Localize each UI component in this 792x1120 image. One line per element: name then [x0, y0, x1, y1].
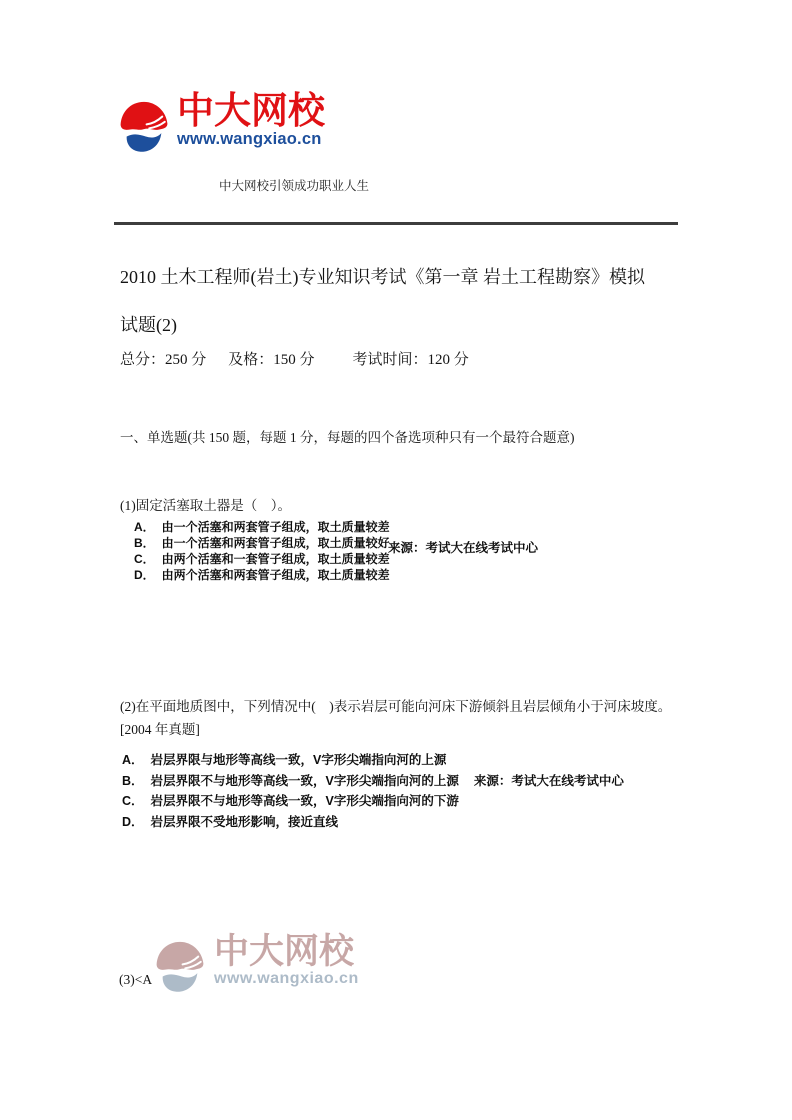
score-time: 考试时间：120 分: [353, 348, 469, 369]
section-heading: 一、单选题(共 150 题，每题 1 分，每题的四个备选项种只有一个最符合题意): [120, 426, 575, 446]
option-a-text: 由一个活塞和两套管子组成，取土质量较差: [162, 519, 390, 535]
option-b-label: B．: [134, 535, 155, 551]
option-a-label: A．: [122, 750, 144, 771]
question-2-text: (2)在平面地质图中，下列情况中( )表示岩层可能向河床下游倾斜且岩层倾角小于河…: [120, 695, 671, 718]
question-2: (2)在平面地质图中，下列情况中( )表示岩层可能向河床下游倾斜且岩层倾角小于河…: [120, 695, 671, 832]
wangxiao-emblem-watermark-icon: [154, 938, 206, 996]
option-b-text: 由一个活塞和两套管子组成，取土质量较好: [162, 535, 390, 551]
brand-tagline: 中大网校引领成功职业人生: [219, 176, 369, 194]
watermark-logo: 中大网校 www.wangxiao.cn: [154, 933, 359, 996]
exam-title-line1: 2010 土木工程师(岩土)专业知识考试《第一章 岩土工程勘察》模拟: [120, 253, 720, 301]
brand-url: www.wangxiao.cn: [177, 130, 325, 148]
option-a: A． 由一个活塞和两套管子组成，取土质量较差: [134, 519, 390, 535]
question-1: (1)固定活塞取土器是（ ）。 A． 由一个活塞和两套管子组成，取土质量较差 B…: [120, 494, 390, 583]
option-c-label: C．: [122, 791, 144, 812]
option-c: C． 岩层界限不与地形等高线一致，V字形尖端指向河的下游: [122, 791, 671, 812]
option-d-label: D．: [122, 812, 144, 833]
header-divider: [114, 222, 678, 225]
exam-title-line2: 试题(2): [120, 301, 720, 349]
question-1-source: 来源：考试大在线考试中心: [388, 538, 538, 556]
exam-title: 2010 土木工程师(岩土)专业知识考试《第一章 岩土工程勘察》模拟 试题(2): [120, 253, 720, 349]
brand-name: 中大网校: [177, 92, 325, 130]
document-page: 中大网校 www.wangxiao.cn 中大网校引领成功职业人生 2010 土…: [0, 0, 792, 1120]
option-b: B． 由一个活塞和两套管子组成，取土质量较好: [134, 535, 390, 551]
option-d-text: 岩层界限不受地形影响，接近直线: [151, 812, 339, 833]
option-d-label: D．: [134, 567, 155, 583]
question-3-start: (3)<A: [119, 972, 152, 988]
score-line: 总分：250 分 及格：150 分 考试时间：120 分: [120, 348, 469, 369]
score-total: 总分：250 分: [120, 348, 206, 369]
option-a: A． 岩层界限与地形等高线一致，V字形尖端指向河的上源: [122, 750, 671, 771]
option-c: C． 由两个活塞和一套管子组成，取土质量较差: [134, 551, 390, 567]
brand-logo: 中大网校 www.wangxiao.cn: [118, 92, 325, 156]
option-b: B． 岩层界限不与地形等高线一致，V字形尖端指向河的上源 来源：考试大在线考试中…: [122, 771, 671, 792]
question-2-year-note: [2004 年真题]: [120, 718, 671, 741]
watermark-brand-url: www.wangxiao.cn: [214, 970, 359, 988]
option-c-text: 由两个活塞和一套管子组成，取土质量较差: [162, 551, 390, 567]
question-1-options: A． 由一个活塞和两套管子组成，取土质量较差 B． 由一个活塞和两套管子组成，取…: [134, 519, 390, 583]
option-d: D． 岩层界限不受地形影响，接近直线: [122, 812, 671, 833]
option-b-label: B．: [122, 771, 144, 792]
option-d: D． 由两个活塞和两套管子组成，取土质量较差: [134, 567, 390, 583]
option-b-text: 岩层界限不与地形等高线一致，V字形尖端指向河的上源: [151, 771, 459, 792]
option-c-text: 岩层界限不与地形等高线一致，V字形尖端指向河的下游: [151, 791, 459, 812]
watermark-brand-name: 中大网校: [214, 933, 359, 970]
option-c-label: C．: [134, 551, 155, 567]
question-2-options: A． 岩层界限与地形等高线一致，V字形尖端指向河的上源 B． 岩层界限不与地形等…: [122, 750, 671, 832]
question-1-text: (1)固定活塞取土器是（ ）。: [120, 494, 390, 514]
question-2-source: 来源：考试大在线考试中心: [474, 771, 624, 792]
option-d-text: 由两个活塞和两套管子组成，取土质量较差: [162, 567, 390, 583]
option-a-label: A．: [134, 519, 155, 535]
score-pass: 及格：150 分: [228, 348, 314, 369]
option-a-text: 岩层界限与地形等高线一致，V字形尖端指向河的上源: [151, 750, 447, 771]
wangxiao-emblem-icon: [118, 98, 170, 156]
